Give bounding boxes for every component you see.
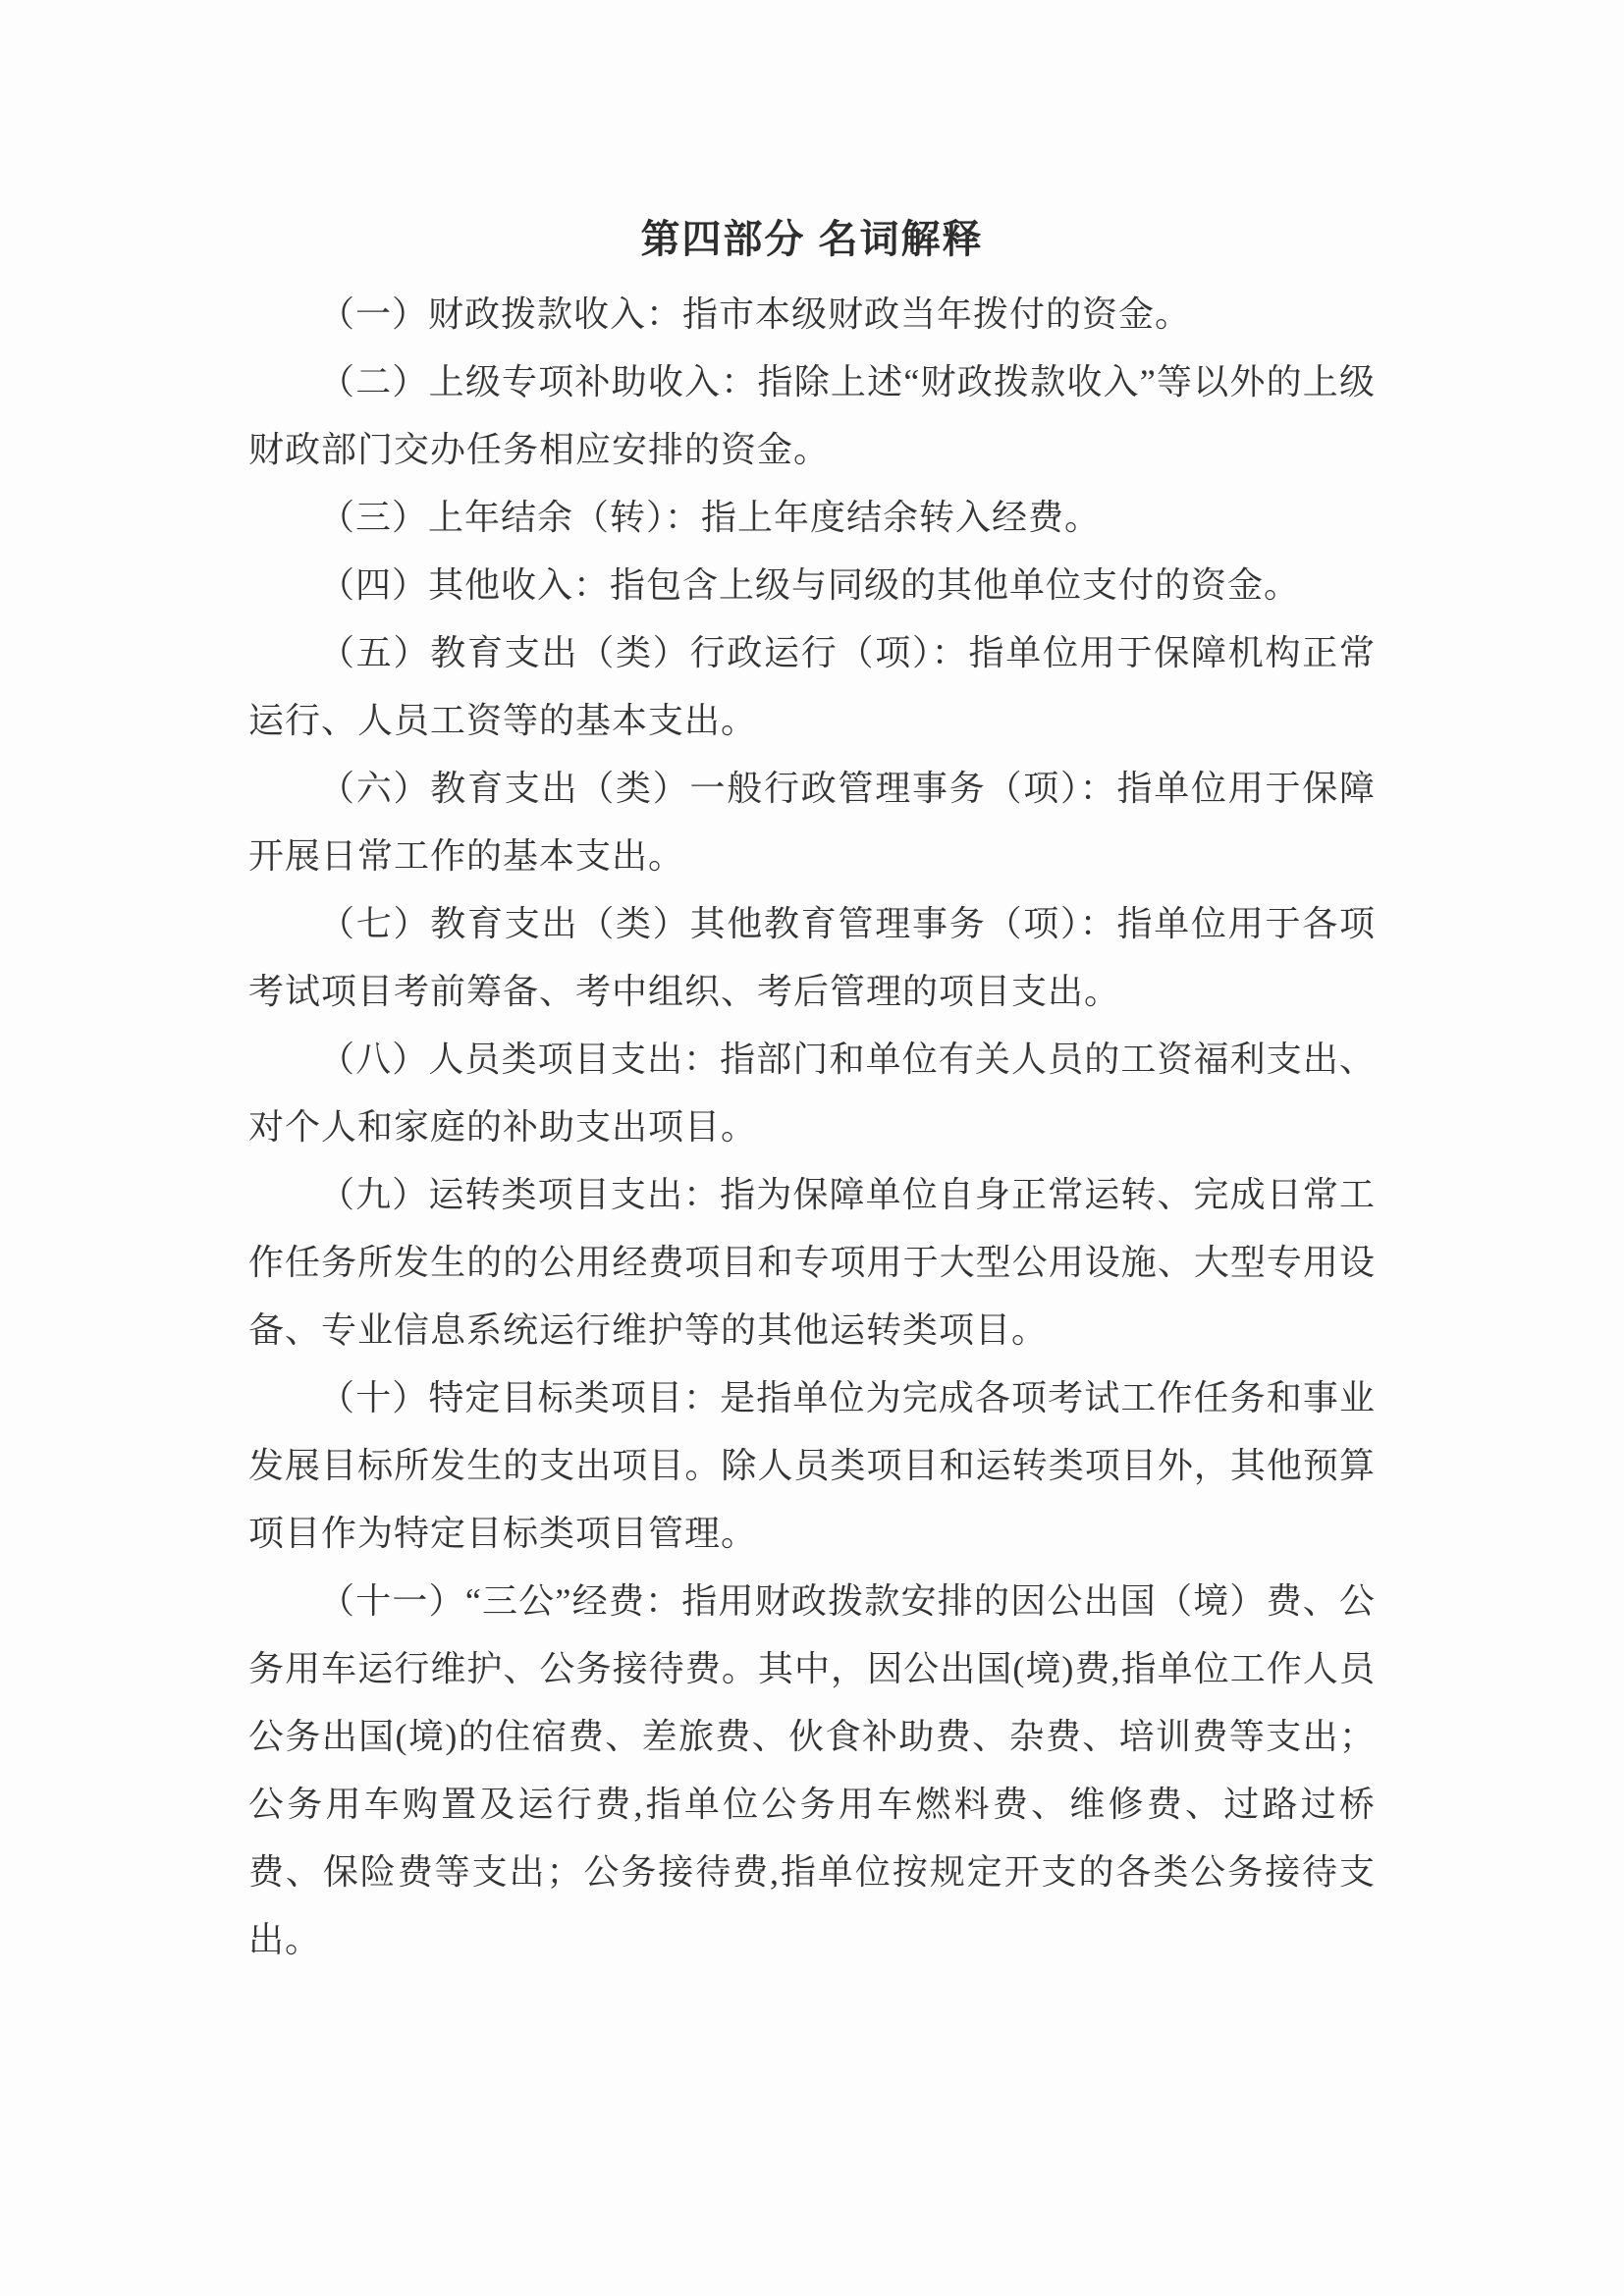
glossary-item-7: （七）教育支出（类）其他教育管理事务（项）：指单位用于各项考试项目考前筹备、考中…: [248, 890, 1376, 1026]
glossary-item-3: （三）上年结余（转）：指上年度结余转入经费。: [248, 484, 1376, 552]
glossary-item-11: （十一）“三公”经费：指用财政拨款安排的因公出国（境）费、公务用车运行维护、公务…: [248, 1568, 1376, 1974]
glossary-item-6: （六）教育支出（类）一般行政管理事务（项）：指单位用于保障开展日常工作的基本支出…: [248, 755, 1376, 890]
glossary-item-8: （八）人员类项目支出：指部门和单位有关人员的工资福利支出、对个人和家庭的补助支出…: [248, 1026, 1376, 1161]
page-title: 第四部分 名词解释: [248, 204, 1376, 275]
document-page: 第四部分 名词解释 （一）财政拨款收入：指市本级财政当年拨付的资金。 （二）上级…: [0, 0, 1624, 2296]
glossary-item-1: （一）财政拨款收入：指市本级财政当年拨付的资金。: [248, 281, 1376, 348]
glossary-item-5: （五）教育支出（类）行政运行（项）：指单位用于保障机构正常运行、人员工资等的基本…: [248, 619, 1376, 755]
glossary-item-4: （四）其他收入：指包含上级与同级的其他单位支付的资金。: [248, 552, 1376, 619]
document-content: 第四部分 名词解释 （一）财政拨款收入：指市本级财政当年拨付的资金。 （二）上级…: [248, 204, 1376, 1974]
glossary-item-9: （九）运转类项目支出：指为保障单位自身正常运转、完成日常工作任务所发生的的公用经…: [248, 1161, 1376, 1364]
glossary-item-10: （十）特定目标类项目：是指单位为完成各项考试工作任务和事业发展目标所发生的支出项…: [248, 1364, 1376, 1568]
glossary-item-2: （二）上级专项补助收入：指除上述“财政拨款收入”等以外的上级财政部门交办任务相应…: [248, 348, 1376, 484]
